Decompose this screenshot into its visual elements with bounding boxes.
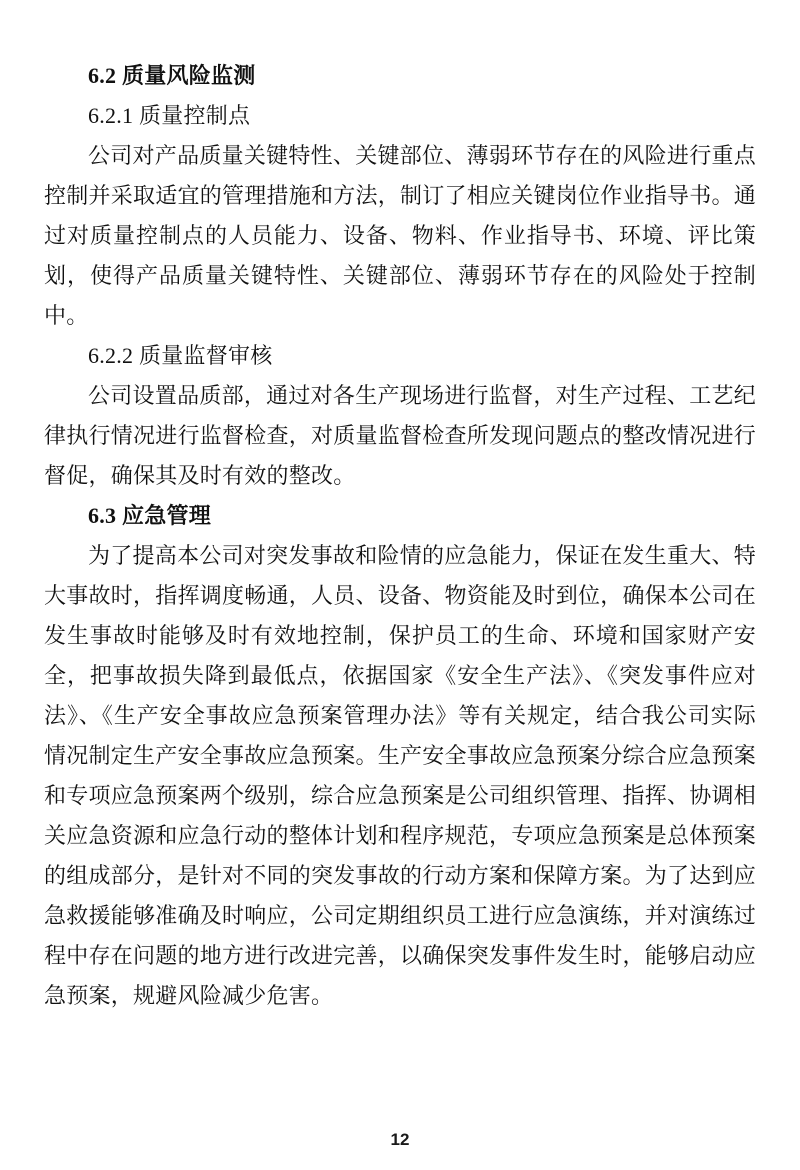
paragraph-emergency-management: 为了提高本公司对突发事故和险情的应急能力，保证在发生重大、特大事故时，指挥调度畅… (44, 536, 756, 1016)
subsection-heading-6-2-1: 6.2.1 质量控制点 (44, 96, 756, 136)
document-page: 6.2 质量风险监测 6.2.1 质量控制点 公司对产品质量关键特性、关键部位、… (0, 0, 800, 1170)
paragraph-quality-control-points: 公司对产品质量关键特性、关键部位、薄弱环节存在的风险进行重点控制并采取适宜的管理… (44, 136, 756, 336)
section-heading-6-2: 6.2 质量风险监测 (44, 56, 756, 96)
subsection-heading-6-2-2: 6.2.2 质量监督审核 (44, 336, 756, 376)
page-footer: 12 (0, 1130, 800, 1150)
page-number: 12 (391, 1130, 410, 1149)
section-heading-6-3: 6.3 应急管理 (44, 496, 756, 536)
paragraph-quality-audit: 公司设置品质部，通过对各生产现场进行监督，对生产过程、工艺纪律执行情况进行监督检… (44, 376, 756, 496)
